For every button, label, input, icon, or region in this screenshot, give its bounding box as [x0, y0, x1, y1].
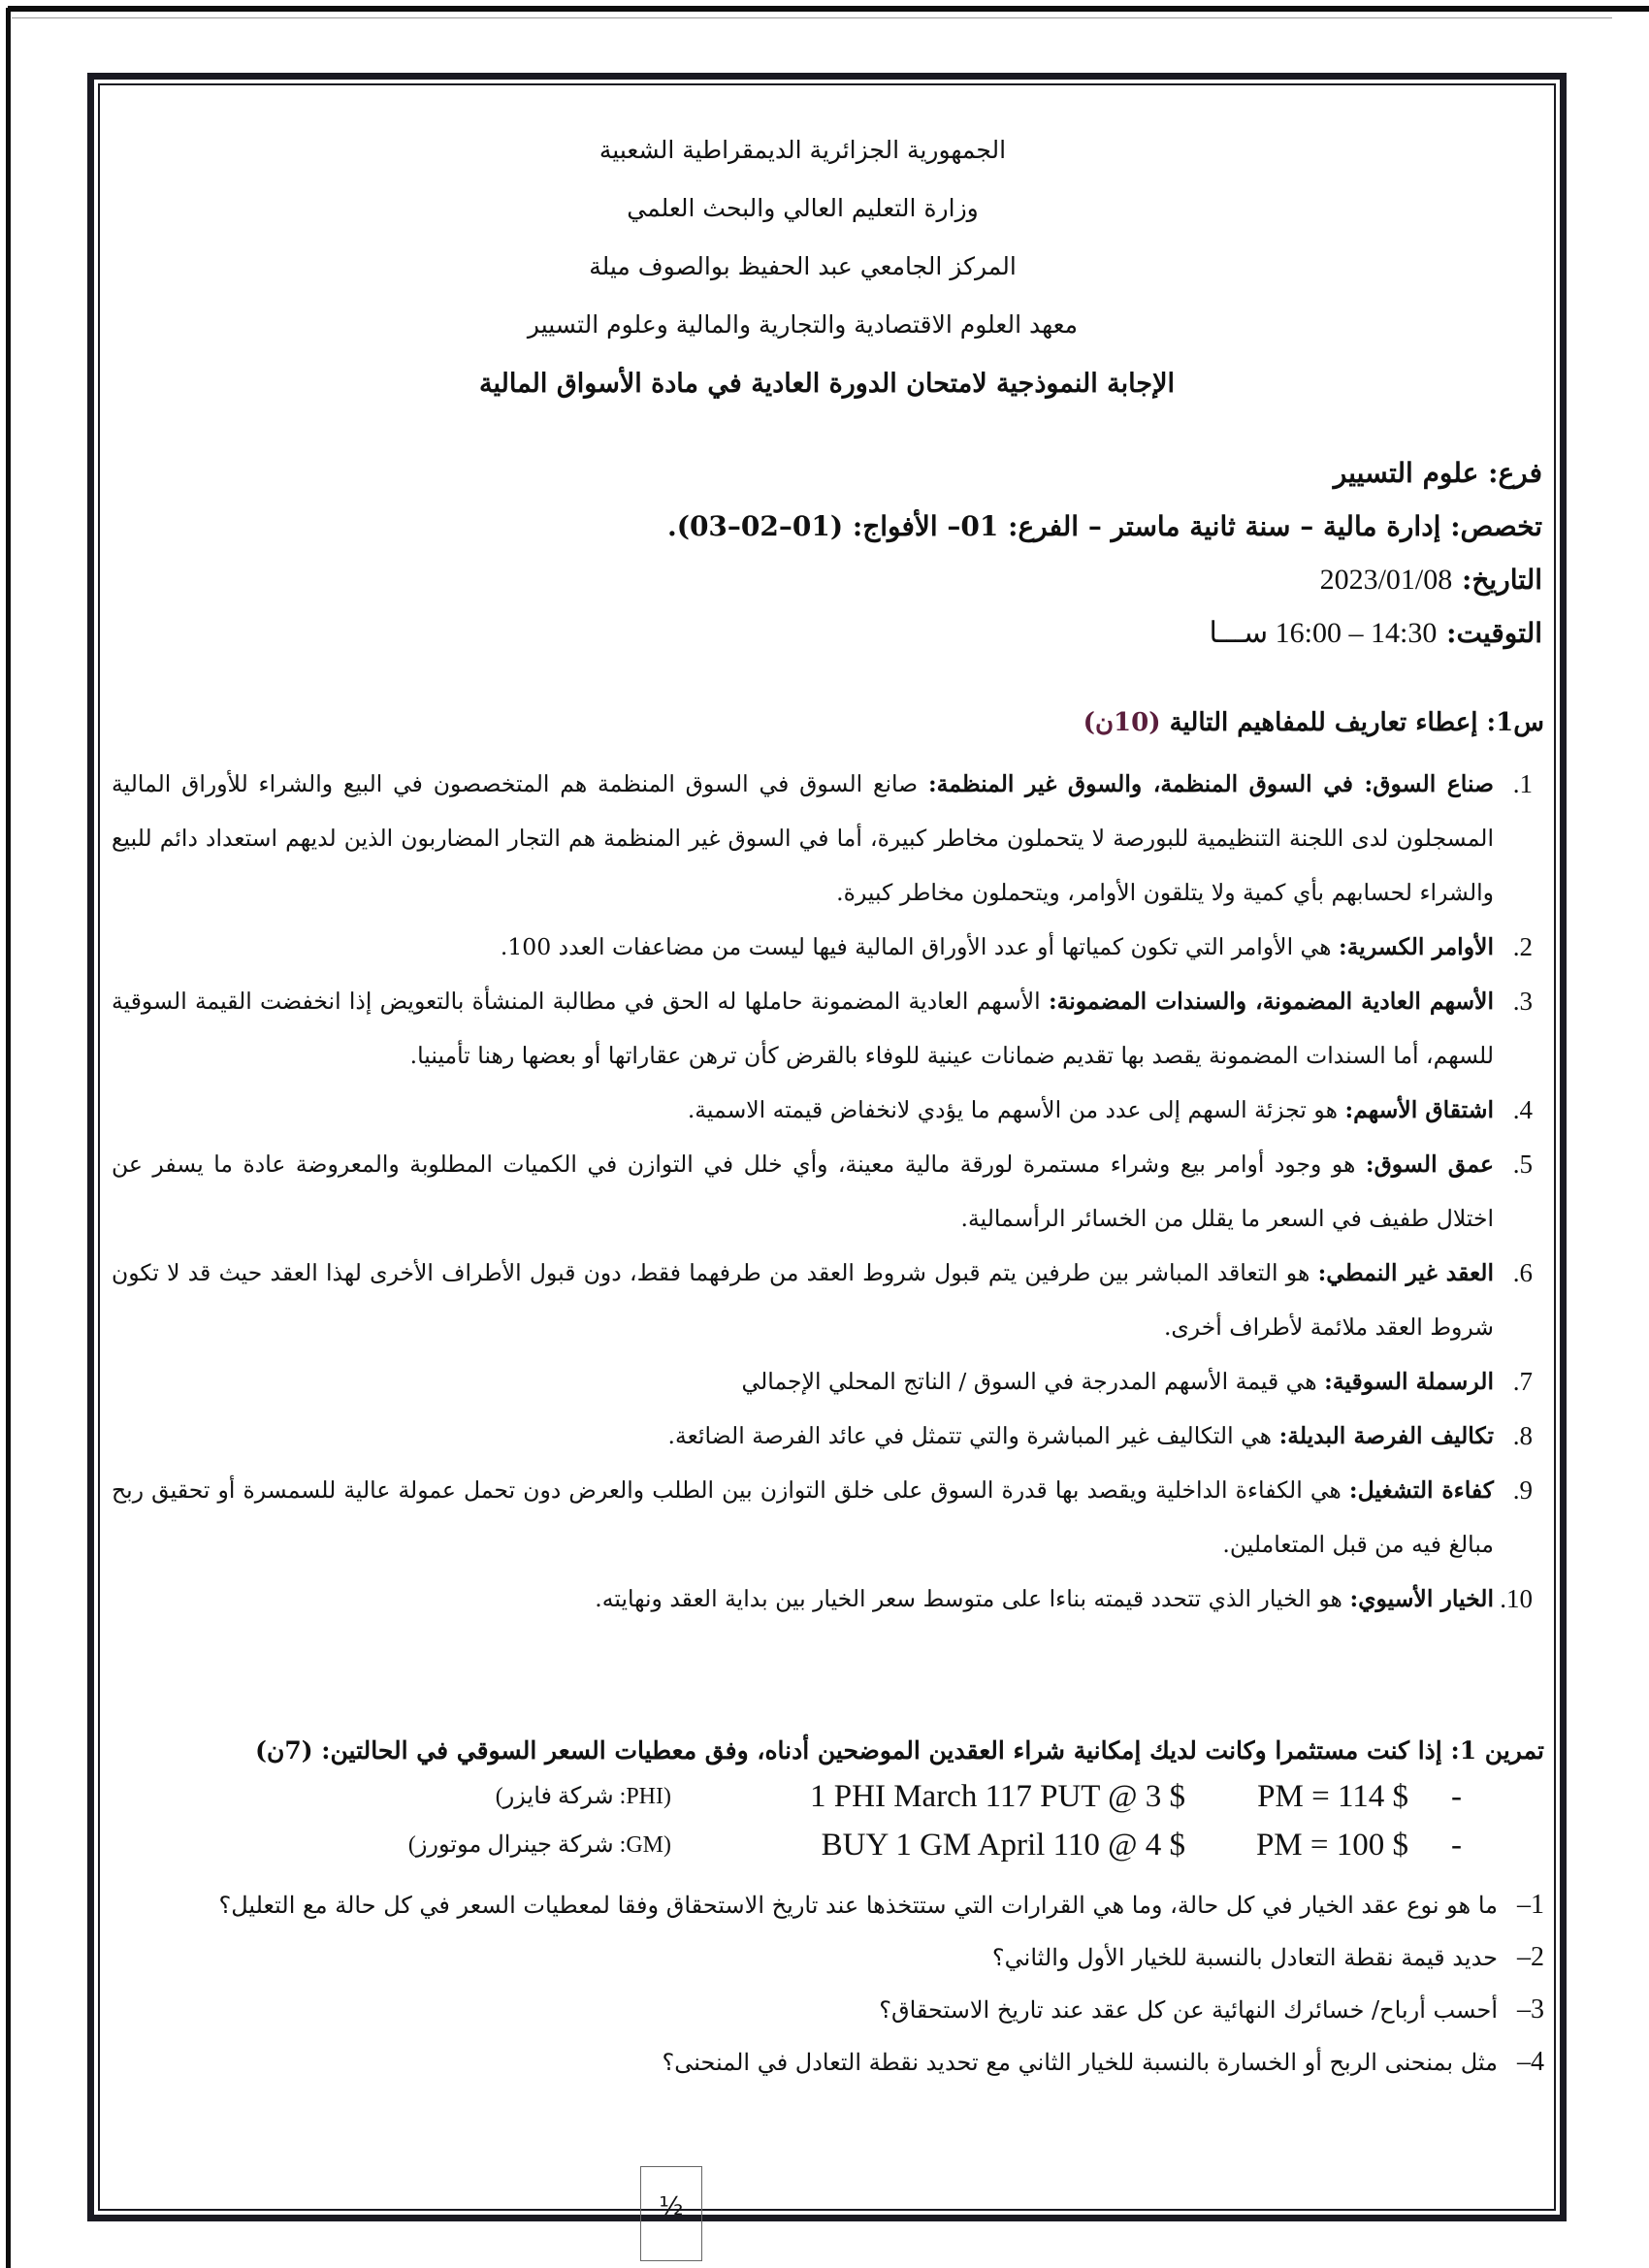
definition-index: 8. — [1513, 1409, 1533, 1463]
time-line: التوقيت: 14:30 – 16:00 ســـا — [667, 606, 1542, 660]
definition-item: 6. العقد غير النمطي: هو التعاقد المباشر … — [112, 1246, 1533, 1354]
document-title: الإجابة النموذجية لامتحان الدورة العادية… — [102, 369, 1552, 399]
question-1-label: س1: إعطاء تعاريف للمفاهيم التالية — [1170, 708, 1544, 737]
exercise-1-title: تمرين 1: إذا كنت مستثمرا وكانت لديك إمكا… — [112, 1729, 1544, 1772]
contract-line-phi: - PM = 114 $ 1 PHI March 117 PUT @ 3 $ (… — [112, 1772, 1544, 1821]
definition-term: صناع السوق: في السوق المنظمة، والسوق غير… — [928, 770, 1494, 797]
definition-text: هي التكاليف غير المباشرة والتي تتمثل في … — [668, 1422, 1273, 1449]
date-line: التاريخ: 2023/01/08 — [667, 553, 1542, 606]
header-line-university: المركز الجامعي عبد الحفيظ بوالصوف ميلة — [373, 238, 1232, 296]
question-1-points: (10ن) — [1083, 708, 1161, 737]
option-spec: BUY 1 GM April 110 @ 4 $ — [822, 1821, 1185, 1869]
branch-value: علوم التسيير — [1334, 457, 1479, 489]
definition-index: 1. — [1513, 757, 1533, 811]
specialty-line: تخصص: إدارة مالية – سنة ثانية ماستر – ال… — [667, 500, 1542, 553]
question-text: مثل بمنحنى الربح أو الخسارة بالنسبة للخي… — [662, 2049, 1498, 2076]
definition-item: 7. الرسملة السوقية: هي قيمة الأسهم المدر… — [112, 1354, 1533, 1409]
definition-term: عمق السوق: — [1366, 1150, 1494, 1178]
specialty-label: تخصص: — [1450, 510, 1542, 542]
definition-item: 2. الأوامر الكسرية: هي الأوامر التي تكون… — [112, 920, 1533, 974]
branch-line: فرع: علوم التسيير — [667, 446, 1542, 500]
institution-header: الجمهورية الجزائرية الديمقراطية الشعبية … — [102, 121, 1552, 354]
exercise-1: تمرين 1: إذا كنت مستثمرا وكانت لديك إمكا… — [112, 1729, 1544, 2089]
definition-item: 1. صناع السوق: في السوق المنظمة، والسوق … — [112, 757, 1533, 920]
question-item: 2– حديد قيمة نقطة التعادل بالنسبة للخيار… — [112, 1931, 1544, 1984]
exam-metadata: فرع: علوم التسيير تخصص: إدارة مالية – سن… — [667, 446, 1542, 660]
time-value: 14:30 – 16:00 ســـا — [1210, 617, 1438, 649]
definition-index: 10. — [1500, 1571, 1533, 1626]
bullet-dash: - — [1451, 1821, 1462, 1869]
header-line-institute: معهد العلوم الاقتصادية والتجارية والمالي… — [373, 296, 1232, 354]
question-item: 4– مثل بمنحنى الربح أو الخسارة بالنسبة ل… — [112, 2036, 1544, 2089]
question-index: 2– — [1517, 1931, 1544, 1984]
definition-index: 5. — [1513, 1137, 1533, 1191]
branch-label: فرع: — [1488, 457, 1542, 489]
question-item: 1– ما هو نوع عقد الخيار في كل حالة، وما … — [112, 1879, 1544, 1931]
definition-text: هو التعاقد المباشر بين طرفين يتم قبول شر… — [112, 1259, 1494, 1341]
definition-text: هي الأوامر التي تكون كمياتها أو عدد الأو… — [501, 933, 1332, 960]
page-number: ½ — [640, 2166, 702, 2261]
definition-index: 6. — [1513, 1246, 1533, 1300]
definition-item: 10. الخيار الأسيوي: هو الخيار الذي تتحدد… — [112, 1571, 1533, 1626]
time-label: التوقيت: — [1446, 617, 1542, 649]
definition-term: تكاليف الفرصة البديلة: — [1279, 1422, 1494, 1449]
definition-term: العقد غير النمطي: — [1318, 1259, 1494, 1286]
date-label: التاريخ: — [1462, 564, 1542, 596]
company-name: (GM: شركة جينرال موتورز) — [408, 1821, 671, 1869]
contract-line-gm: - PM = 100 $ BUY 1 GM April 110 @ 4 $ (G… — [112, 1821, 1544, 1869]
question-1-heading: س1: إعطاء تعاريف للمفاهيم التالية (10ن) — [1083, 708, 1544, 737]
definition-term: الأوامر الكسرية: — [1339, 933, 1494, 960]
definition-index: 9. — [1513, 1463, 1533, 1517]
definition-text: هو الخيار الذي تتحدد قيمته بناءا على متو… — [595, 1585, 1342, 1612]
definition-item: 8. تكاليف الفرصة البديلة: هي التكاليف غي… — [112, 1409, 1533, 1463]
definition-term: الأسهم العادية المضمونة، والسندات المضمو… — [1049, 988, 1494, 1015]
scan-edge-top — [8, 6, 1649, 12]
header-line-ministry: وزارة التعليم العالي والبحث العلمي — [373, 179, 1232, 238]
definition-text: هي قيمة الأسهم المدرجة في السوق / الناتج… — [742, 1368, 1317, 1395]
question-text: حديد قيمة نقطة التعادل بالنسبة للخيار ال… — [992, 1944, 1498, 1971]
definition-item: 5. عمق السوق: هو وجود أوامر بيع وشراء مس… — [112, 1137, 1533, 1246]
header-line-republic: الجمهورية الجزائرية الديمقراطية الشعبية — [373, 121, 1232, 179]
definition-index: 7. — [1513, 1354, 1533, 1409]
question-item: 3– أحسب أرباح/ خسائرك النهائية عن كل عقد… — [112, 1984, 1544, 2036]
question-index: 3– — [1517, 1984, 1544, 2036]
definition-index: 4. — [1513, 1083, 1533, 1137]
definition-term: الرسملة السوقية: — [1324, 1368, 1494, 1395]
market-price: PM = 114 $ — [1257, 1772, 1408, 1821]
question-text: ما هو نوع عقد الخيار في كل حالة، وما هي … — [218, 1892, 1498, 1919]
definition-item: 9. كفاءة التشغيل: هي الكفاءة الداخلية وي… — [112, 1463, 1533, 1571]
definition-term: الخيار الأسيوي: — [1349, 1585, 1494, 1612]
company-name: (PHI: شركة فايزر) — [496, 1772, 671, 1821]
definition-text: هي الكفاءة الداخلية ويقصد بها قدرة السوق… — [112, 1476, 1494, 1558]
exercise-1-questions: 1– ما هو نوع عقد الخيار في كل حالة، وما … — [112, 1879, 1544, 2089]
definition-index: 3. — [1513, 974, 1533, 1028]
specialty-value: إدارة مالية – سنة ثانية ماستر – الفرع: 0… — [667, 510, 1441, 542]
definition-text: هو وجود أوامر بيع وشراء مستمرة لورقة مال… — [112, 1150, 1494, 1232]
definition-term: اشتقاق الأسهم: — [1344, 1096, 1494, 1123]
document-content: الجمهورية الجزائرية الديمقراطية الشعبية … — [102, 87, 1552, 2202]
question-index: 4– — [1517, 2036, 1544, 2089]
definition-term: كفاءة التشغيل: — [1349, 1476, 1494, 1504]
scan-edge-left — [6, 8, 11, 2268]
scan-edge-line — [12, 17, 1612, 18]
option-spec: 1 PHI March 117 PUT @ 3 $ — [810, 1772, 1185, 1821]
bullet-dash: - — [1451, 1772, 1462, 1821]
definition-item: 4. اشتقاق الأسهم: هو تجزئة السهم إلى عدد… — [112, 1083, 1533, 1137]
definition-index: 2. — [1513, 920, 1533, 974]
definitions-list: 1. صناع السوق: في السوق المنظمة، والسوق … — [112, 757, 1533, 1626]
market-price: PM = 100 $ — [1256, 1821, 1408, 1869]
definition-item: 3. الأسهم العادية المضمونة، والسندات الم… — [112, 974, 1533, 1083]
date-value: 2023/01/08 — [1320, 564, 1453, 596]
question-index: 1– — [1517, 1879, 1544, 1931]
definition-text: هو تجزئة السهم إلى عدد من الأسهم ما يؤدي… — [688, 1096, 1338, 1123]
question-text: أحسب أرباح/ خسائرك النهائية عن كل عقد عن… — [879, 1996, 1498, 2024]
